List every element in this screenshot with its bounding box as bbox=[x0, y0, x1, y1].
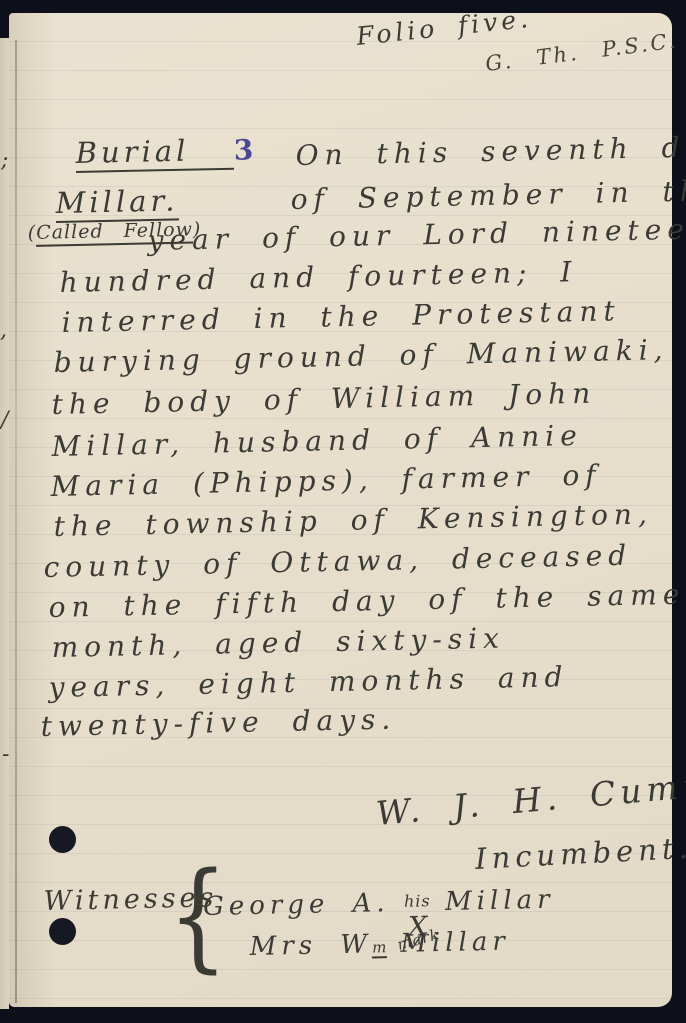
punch-hole bbox=[49, 918, 76, 945]
entry-number: 3 bbox=[233, 133, 253, 166]
stray-ink-mark: - bbox=[2, 742, 9, 767]
witness1-given-name: George A. bbox=[203, 888, 390, 922]
surname-text: Millar. bbox=[55, 183, 178, 223]
margin-entry-heading: Burial 3 bbox=[75, 132, 253, 170]
witness2-superscript: m bbox=[372, 938, 387, 958]
entry-type-label: Burial bbox=[75, 134, 189, 173]
adjacent-page-edge bbox=[0, 38, 9, 1009]
punch-hole bbox=[49, 826, 76, 853]
his-label: his bbox=[404, 895, 431, 908]
witness2-surname: Millar bbox=[400, 927, 510, 959]
margin-surname: Millar. bbox=[55, 183, 178, 220]
stray-ink-mark: / bbox=[1, 408, 8, 433]
witness1-surname: Millar bbox=[445, 885, 555, 917]
scanned-register-page: ; , / - Folio five. G. Th. P.S.C. — Buri… bbox=[0, 0, 686, 1023]
witness2-prefix: Mrs W bbox=[249, 929, 372, 962]
gutter-crease bbox=[15, 40, 17, 1003]
witness-signature-row: Mrs W m Millar bbox=[249, 927, 510, 962]
stray-ink-mark: , bbox=[0, 318, 7, 343]
stray-ink-mark: ; bbox=[1, 148, 8, 173]
